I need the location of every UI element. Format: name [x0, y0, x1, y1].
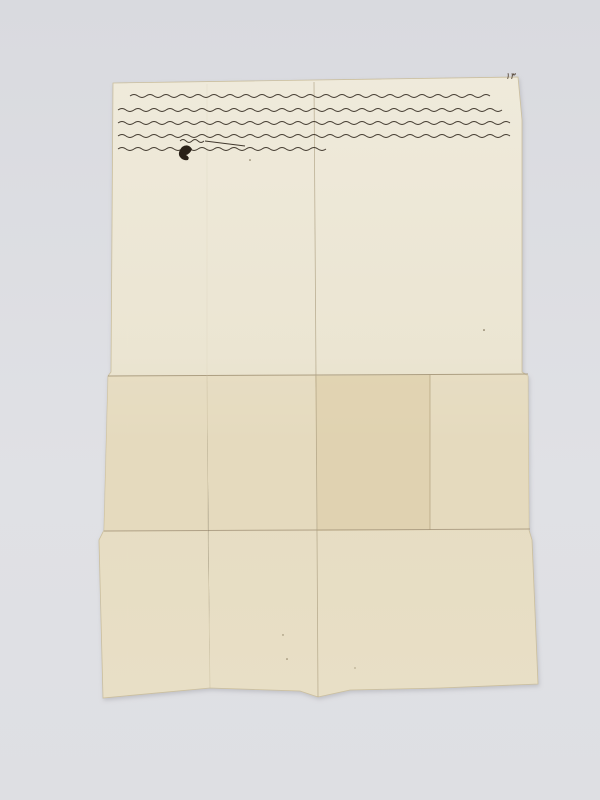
manuscript-paper: [0, 0, 600, 800]
page-number: ١٣: [505, 72, 515, 82]
